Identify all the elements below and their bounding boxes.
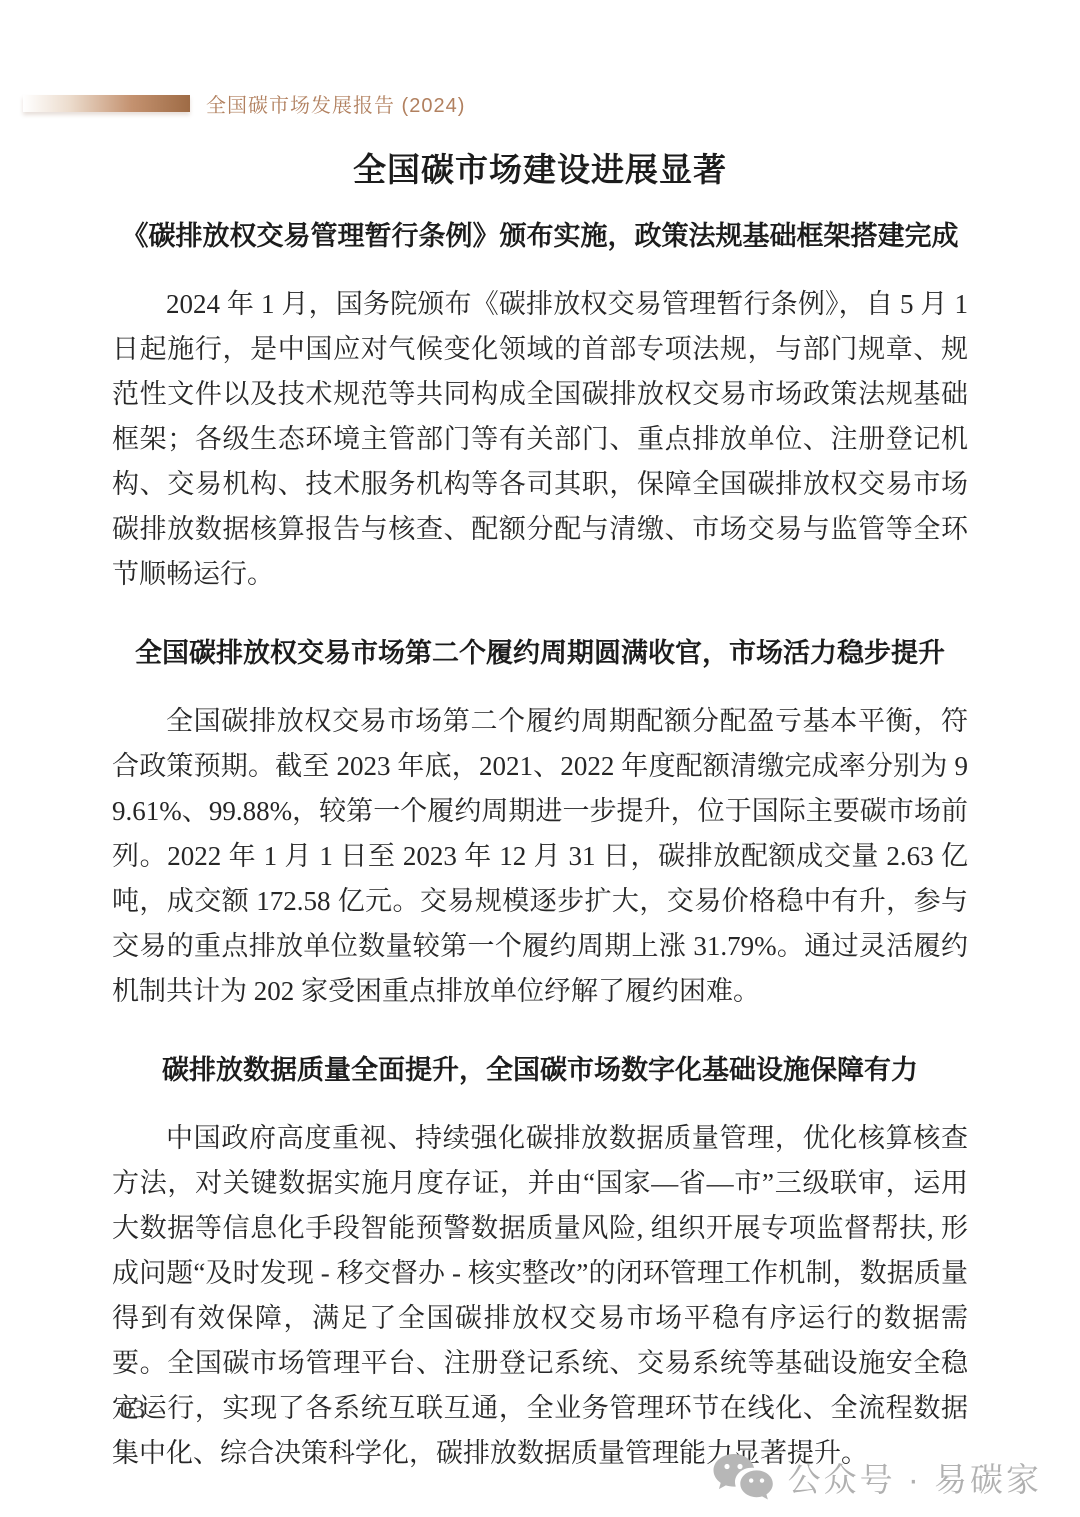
section-paragraph-2: 全国碳排放权交易市场第二个履约周期配额分配盈亏基本平衡，符合政策预期。截至 20… [112,699,968,1014]
section-paragraph-1: 2024 年 1 月，国务院颁布《碳排放权交易管理暂行条例》，自 5 月 1 日… [112,282,968,597]
section-heading-3: 碳排放数据质量全面提升，全国碳市场数字化基础设施保障有力 [112,1050,968,1090]
page-number: 03 [120,1396,145,1424]
document-title: 全国碳市场建设进展显著 [112,140,968,194]
section-heading-2: 全国碳排放权交易市场第二个履约周期圆满收官，市场活力稳步提升 [112,633,968,673]
header-gradient-bar [23,95,190,112]
watermark-label: 公众号 · 易碳家 [788,1454,1042,1501]
report-header-title: 全国碳市场发展报告 (2024) [206,89,465,118]
watermark: 公众号 · 易碳家 [712,1452,1042,1502]
page-header: 全国碳市场发展报告 (2024) [23,90,1020,116]
section-heading-1: 《碳排放权交易管理暂行条例》颁布实施，政策法规基础框架搭建完成 [112,216,968,256]
report-page: 全国碳市场发展报告 (2024) 全国碳市场建设进展显著 《碳排放权交易管理暂行… [0,0,1080,1517]
document-content: 全国碳市场建设进展显著 《碳排放权交易管理暂行条例》颁布实施，政策法规基础框架搭… [112,140,968,1476]
section-paragraph-3: 中国政府高度重视、持续强化碳排放数据质量管理，优化核算核查方法，对关键数据实施月… [112,1116,968,1476]
wechat-icon [712,1452,774,1502]
